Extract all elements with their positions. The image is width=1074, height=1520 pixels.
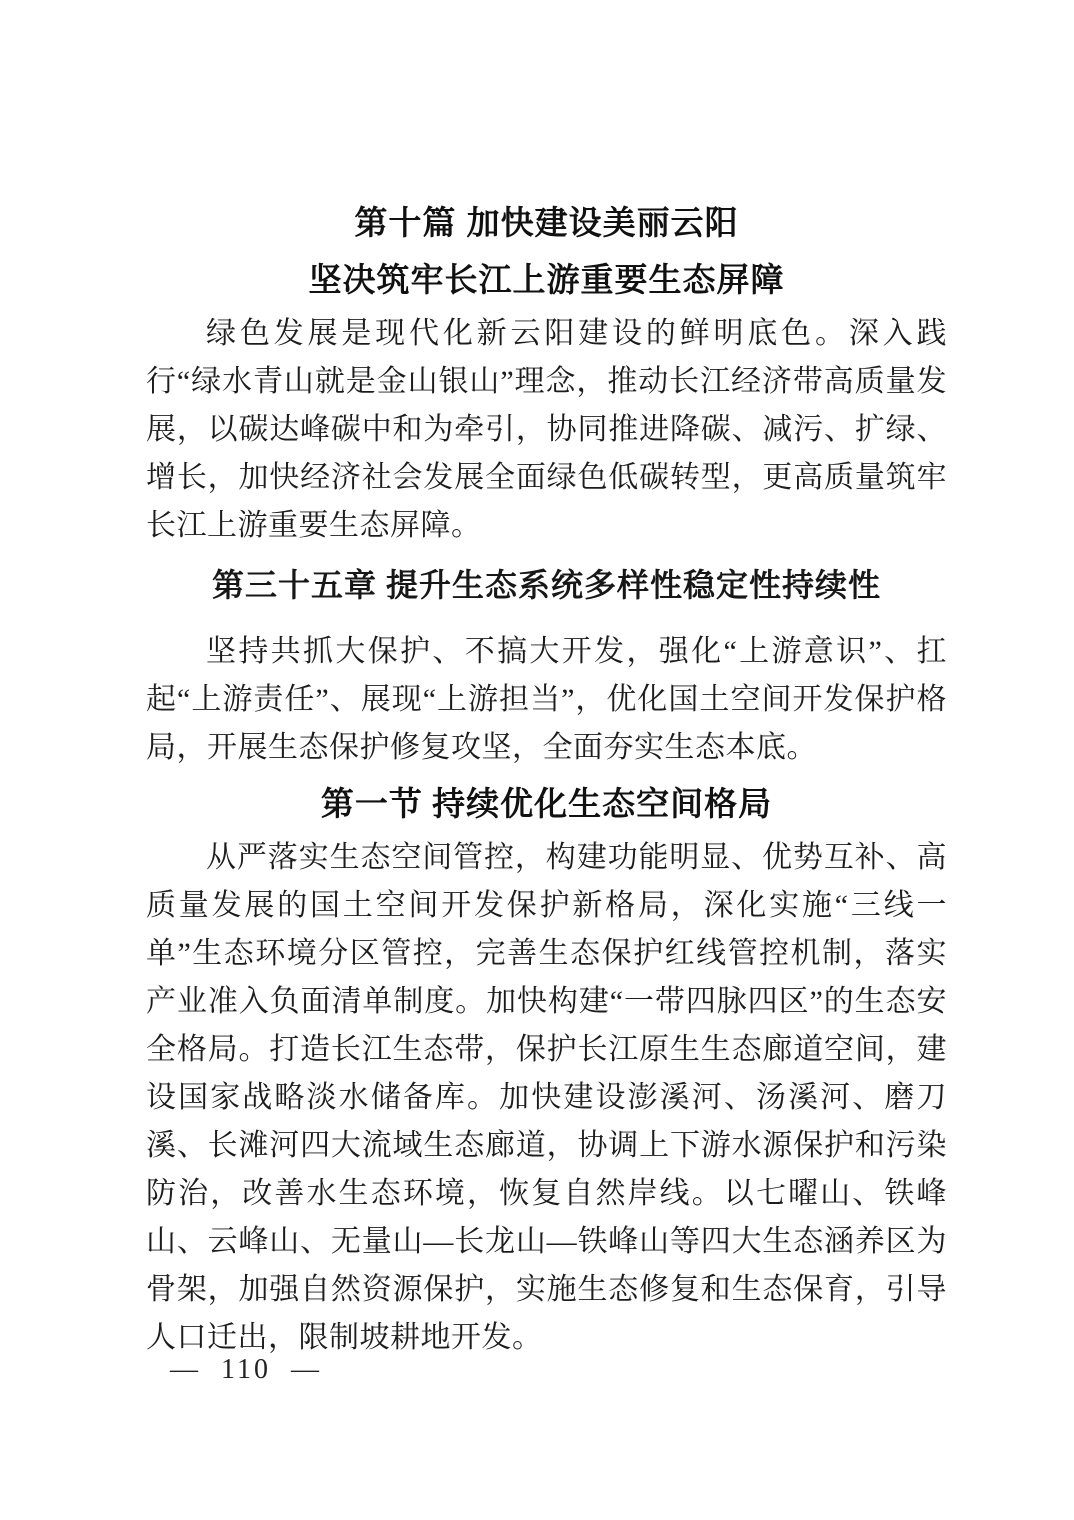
chapter-lead-paragraph: 坚持共抓大保护、不搞大开发，强化“上游意识”、扛起“上游责任”、展现“上游担当”… <box>146 628 947 772</box>
page-content: 第十篇 加快建设美丽云阳 坚决筑牢长江上游重要生态屏障 绿色发展是现代化新云阳建… <box>146 194 947 1362</box>
chapter-heading: 第三十五章 提升生态系统多样性稳定性持续性 <box>146 560 947 610</box>
document-page: 第十篇 加快建设美丽云阳 坚决筑牢长江上游重要生态屏障 绿色发展是现代化新云阳建… <box>0 0 1074 1520</box>
part-title-line1: 第十篇 加快建设美丽云阳 <box>146 194 947 251</box>
page-number: — 110 — <box>170 1354 322 1386</box>
part-title: 第十篇 加快建设美丽云阳 坚决筑牢长江上游重要生态屏障 <box>146 194 947 308</box>
part-title-line2: 坚决筑牢长江上游重要生态屏障 <box>146 251 947 308</box>
intro-paragraph: 绿色发展是现代化新云阳建设的鲜明底色。深入践行“绿水青山就是金山银山”理念，推动… <box>146 310 947 550</box>
section-paragraph: 从严落实生态空间管控，构建功能明显、优势互补、高质量发展的国土空间开发保护新格局… <box>146 834 947 1362</box>
section-heading: 第一节 持续优化生态空间格局 <box>146 780 947 830</box>
